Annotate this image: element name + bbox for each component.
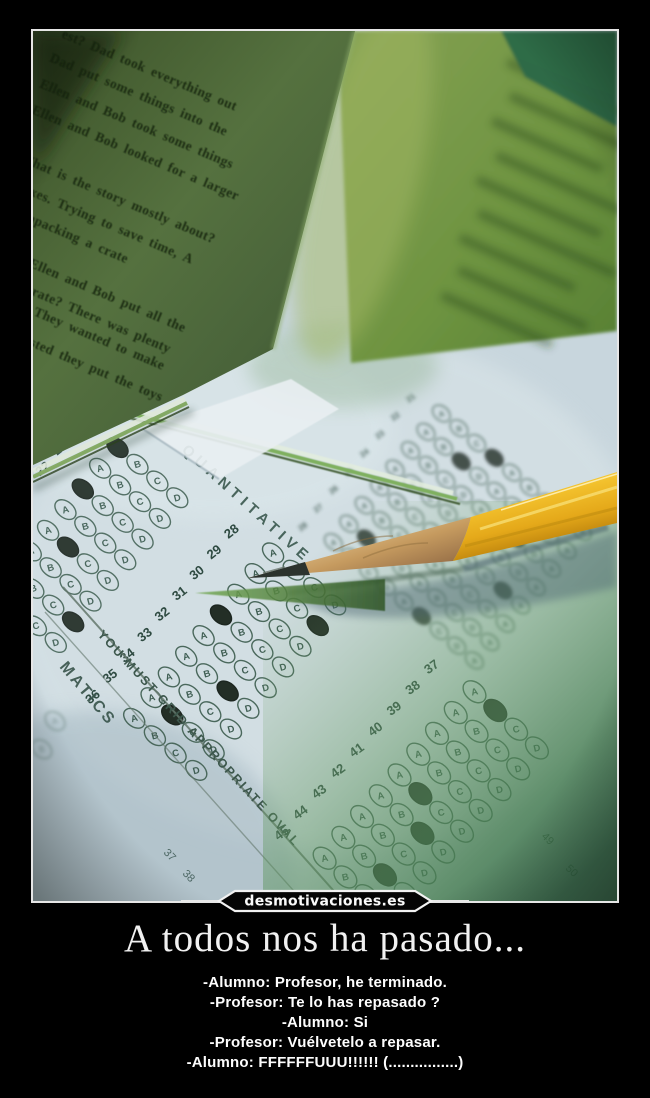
watermark-banner: desmotivaciones.es — [0, 888, 650, 914]
watermark-text: desmotivaciones.es — [244, 894, 405, 910]
exam-photo: 20BCD21ABCD22BCD23ABCD24ACD25ABCD26ABC27… — [33, 31, 617, 901]
caption-line: -Alumno: FFFFFFUUU!!!!!! (..............… — [0, 1053, 650, 1073]
poster-captions: -Alumno: Profesor, he terminado. -Profes… — [0, 973, 650, 1073]
caption-line: -Profesor: Te lo has repasado ? — [0, 993, 650, 1013]
caption-line: -Alumno: Si — [0, 1013, 650, 1033]
vignette — [33, 31, 617, 901]
caption-line: -Alumno: Profesor, he terminado. — [0, 973, 650, 993]
caption-line: -Profesor: Vuélvetelo a repasar. — [0, 1033, 650, 1053]
photo-frame: 20BCD21ABCD22BCD23ABCD24ACD25ABCD26ABC27… — [31, 29, 619, 903]
poster-title: A todos nos ha pasado... — [0, 916, 650, 961]
